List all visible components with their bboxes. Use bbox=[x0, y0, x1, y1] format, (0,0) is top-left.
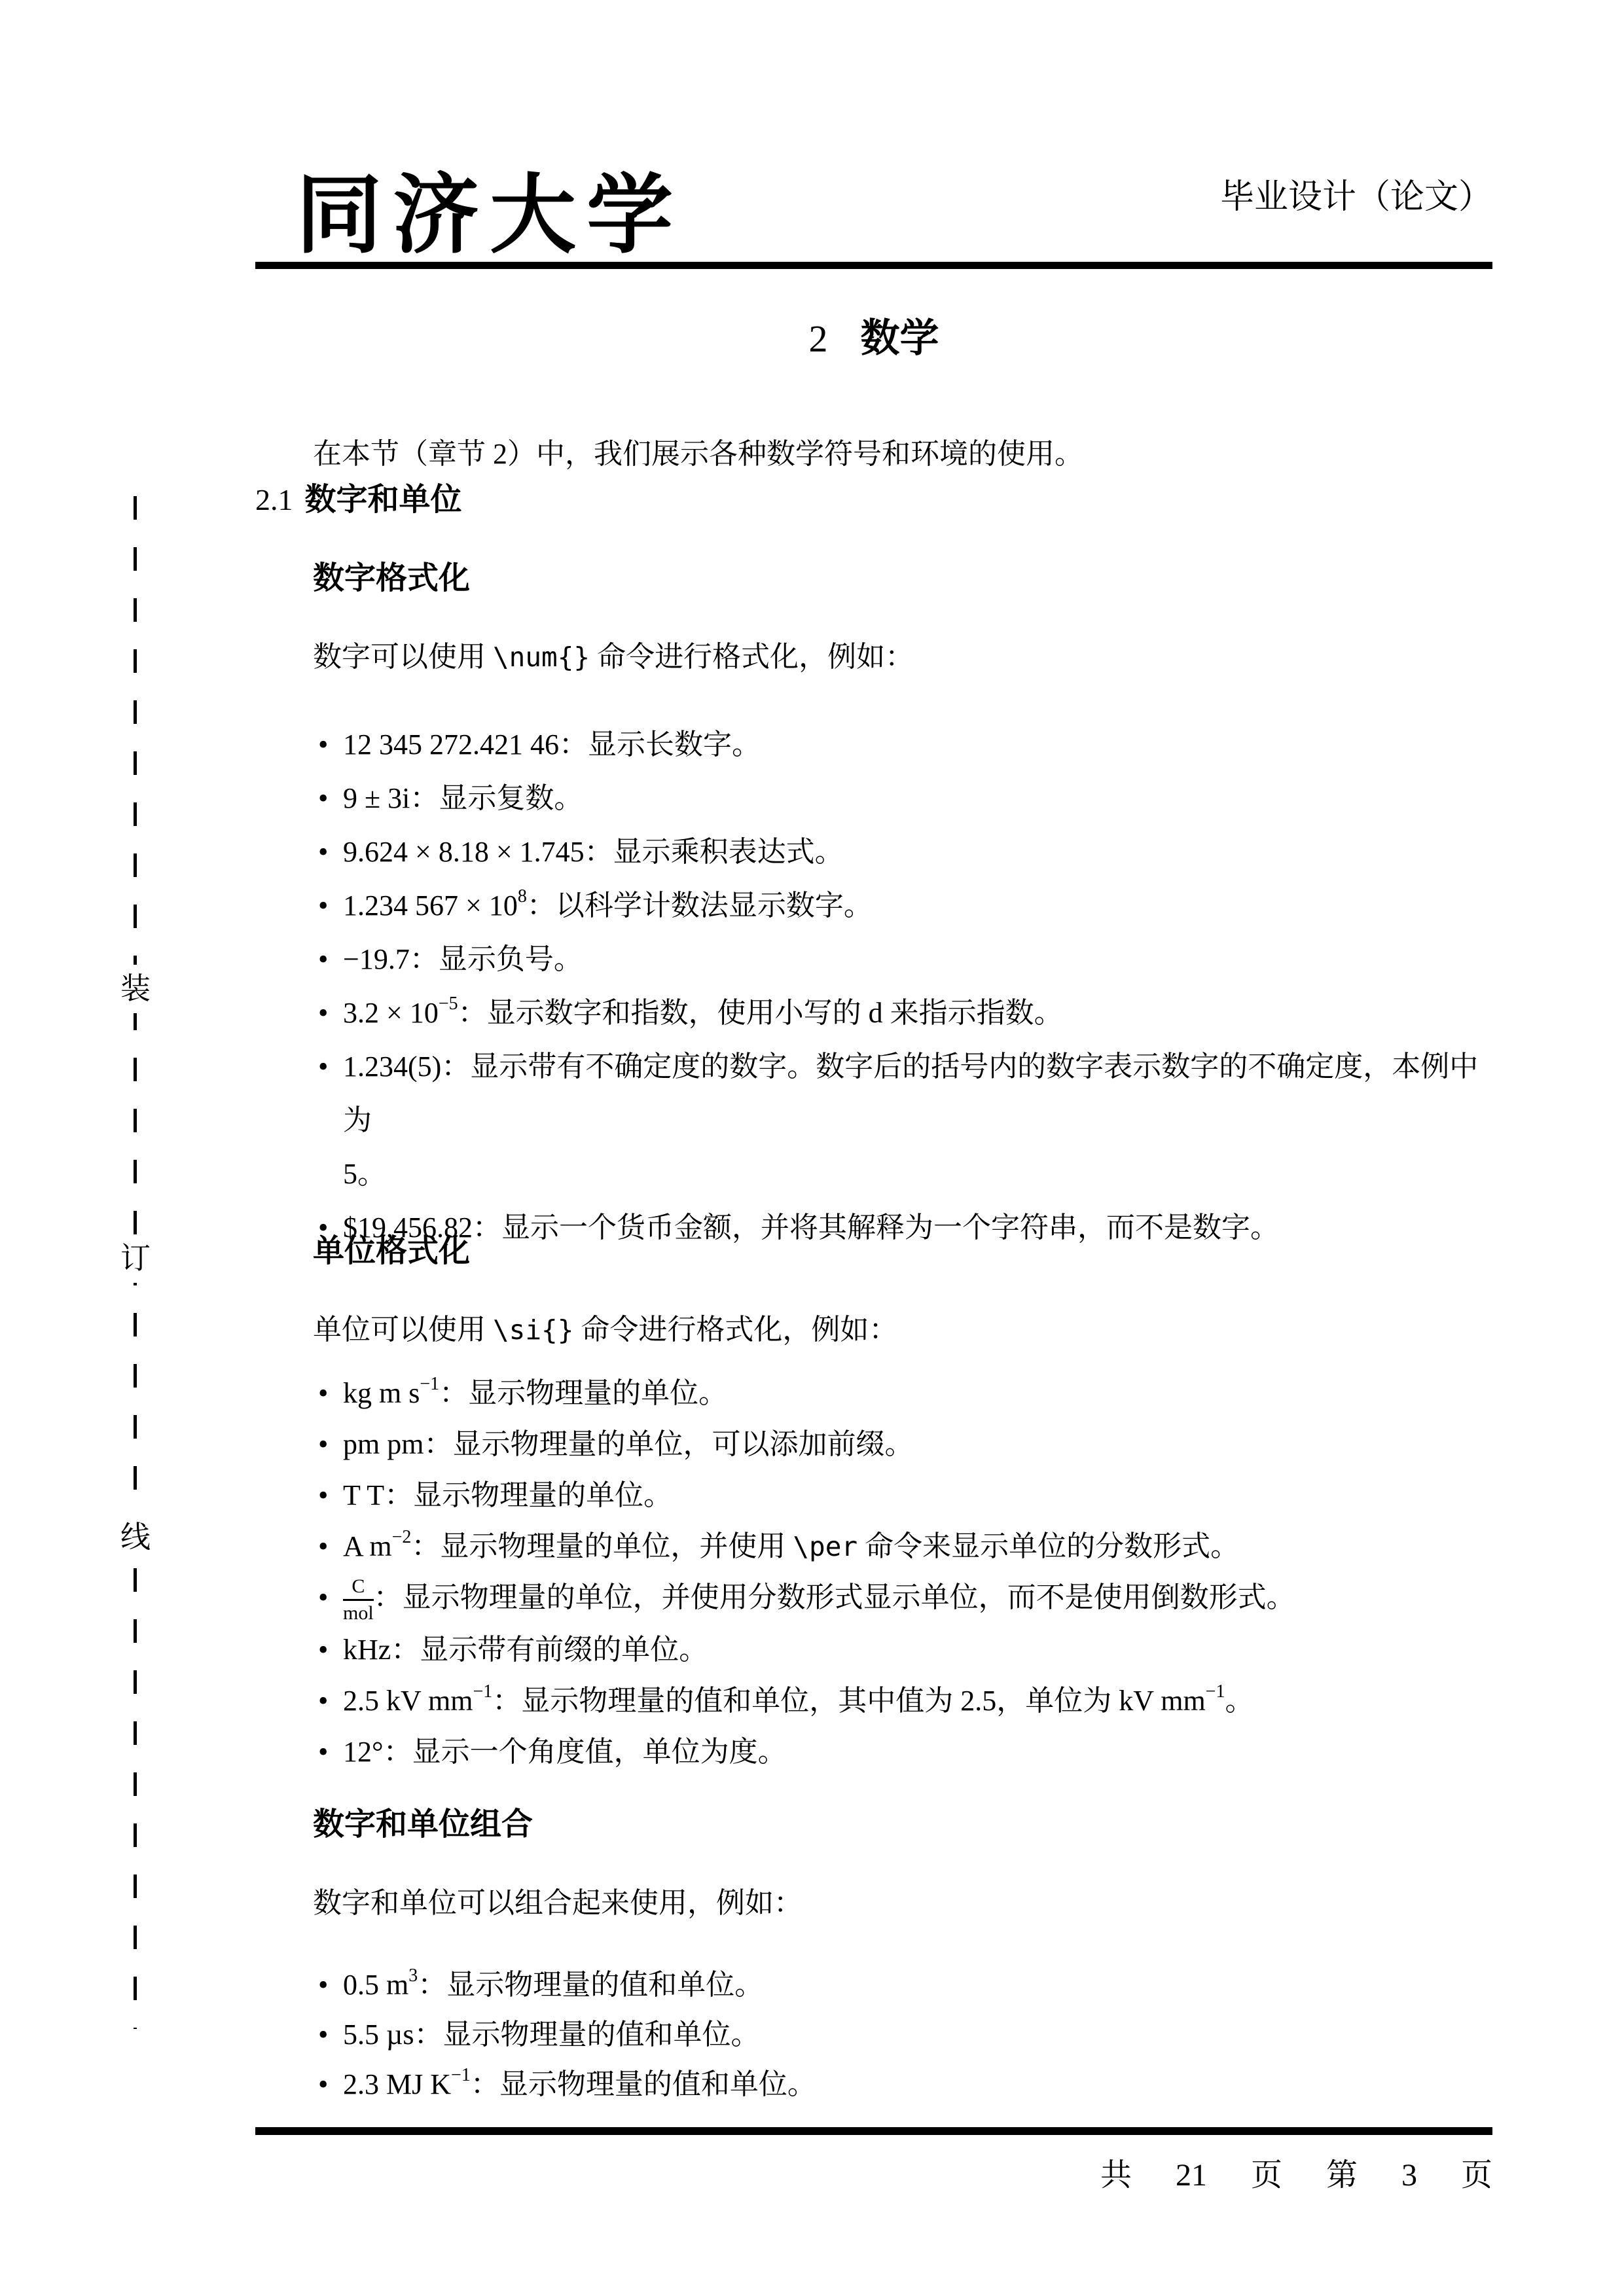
list-item: 2.5 kV mm−1：显示物理量的值和单位，其中值为 2.5，单位为 kV m… bbox=[255, 1676, 1492, 1727]
list-item: 1.234(5)：显示带有不确定度的数字。数字后的括号内的数字表示数字的不确定度… bbox=[255, 1040, 1492, 1201]
superscript: 8 bbox=[518, 886, 527, 906]
superscript: −2 bbox=[392, 1527, 412, 1547]
superscript: −1 bbox=[420, 1374, 439, 1394]
text-segment: 9 ± 3i bbox=[343, 782, 410, 814]
intro-paragraph: 在本节（章节 2）中，我们展示各种数学符号和环境的使用。 bbox=[255, 435, 1492, 474]
list-item: T T：显示物理量的单位。 bbox=[255, 1470, 1492, 1521]
bullet-list: kg m s−1：显示物理量的单位。pm pm：显示物理量的单位，可以添加前缀。… bbox=[255, 1368, 1492, 1778]
text-segment: A m bbox=[343, 1530, 392, 1562]
latex-command: \si{} bbox=[493, 1314, 573, 1346]
footer-ordinal-label: 第 bbox=[1326, 2158, 1358, 2193]
latex-command: \num{} bbox=[493, 641, 590, 673]
subsection-heading: 数字格式化 bbox=[313, 560, 1492, 597]
text-segment: 3.2 × 10 bbox=[343, 997, 439, 1029]
text-segment: −19.7 bbox=[343, 943, 410, 975]
text-segment: 0.5 m bbox=[343, 1969, 408, 2001]
list-item: 2.3 MJ K−1：显示物理量的值和单位。 bbox=[255, 2060, 1492, 2109]
binding-label: 订 bbox=[119, 1234, 152, 1283]
binding-label: 线 bbox=[119, 1513, 152, 1562]
text-segment: 数字和单位可以组合起来使用，例如： bbox=[313, 1887, 803, 1919]
text-segment: 命令进行格式化，例如： bbox=[590, 641, 914, 673]
list-item: pm pm：显示物理量的单位，可以添加前缀。 bbox=[255, 1419, 1492, 1470]
list-item: 1.234 567 × 108：以科学计数法显示数字。 bbox=[255, 879, 1492, 933]
text-segment: ：显示数字和指数，使用小写的 d 来指示指数。 bbox=[458, 997, 1063, 1029]
text-segment: ：显示一个角度值，单位为度。 bbox=[384, 1736, 787, 1768]
text-segment: ：显示负号。 bbox=[410, 943, 583, 975]
lead-paragraph: 数字可以使用 \num{} 命令进行格式化，例如： bbox=[313, 639, 1492, 675]
binding-label: 装 bbox=[119, 965, 152, 1013]
list-item: 12°：显示一个角度值，单位为度。 bbox=[255, 1727, 1492, 1778]
list-item: −19.7：显示负号。 bbox=[255, 933, 1492, 986]
superscript: 3 bbox=[408, 1965, 418, 1986]
text-segment: ：显示复数。 bbox=[410, 782, 583, 814]
subsection-unit-formatting: 单位格式化 单位可以使用 \si{} 命令进行格式化，例如： kg m s−1：… bbox=[255, 1233, 1492, 1778]
footer-rule bbox=[255, 2127, 1492, 2135]
footer-total-pages: 21 bbox=[1176, 2158, 1207, 2193]
subsection-number-unit-combination: 数字和单位组合 数字和单位可以组合起来使用，例如： 0.5 m3：显示物理量的值… bbox=[255, 1806, 1492, 2109]
text-segment: 5。 bbox=[343, 1158, 386, 1190]
list-item: kg m s−1：显示物理量的单位。 bbox=[255, 1368, 1492, 1419]
text-segment: ：显示物理量的单位。 bbox=[439, 1377, 727, 1409]
footer-page-number: 3 bbox=[1401, 2158, 1417, 2193]
bullet-list: 0.5 m3：显示物理量的值和单位。5.5 µs：显示物理量的值和单位。2.3 … bbox=[255, 1960, 1492, 2109]
footer-total-label: 共 bbox=[1100, 2158, 1132, 2193]
chapter-number: 2 bbox=[809, 317, 828, 360]
text-segment: ：显示物理量的单位，并使用分数形式显示单位，而不是使用倒数形式。 bbox=[374, 1581, 1295, 1613]
text-segment: 单位可以使用 bbox=[313, 1314, 493, 1346]
header-doc-type: 毕业设计（论文） bbox=[255, 169, 1492, 218]
text-segment: 5.5 µs bbox=[343, 2018, 414, 2051]
lead-paragraph: 单位可以使用 \si{} 命令进行格式化，例如： bbox=[313, 1312, 1492, 1348]
text-segment: 1.234 567 × 10 bbox=[343, 889, 518, 922]
list-item: 5.5 µs：显示物理量的值和单位。 bbox=[255, 2010, 1492, 2060]
subsection-heading: 数字和单位组合 bbox=[313, 1806, 1492, 1843]
lead-paragraph: 数字和单位可以组合起来使用，例如： bbox=[313, 1885, 1492, 1922]
list-item: kHz：显示带有前缀的单位。 bbox=[255, 1624, 1492, 1676]
text-segment: ：显示物理量的值和单位。 bbox=[471, 2068, 816, 2100]
text-segment: ：显示物理量的值和单位。 bbox=[414, 2018, 759, 2051]
text-segment: ：显示物理量的单位，可以添加前缀。 bbox=[424, 1428, 913, 1460]
text-segment: kg m s bbox=[343, 1377, 420, 1409]
section-heading: 2.1数字和单位 bbox=[255, 482, 462, 518]
fraction-unit: Cmol bbox=[343, 1575, 374, 1624]
text-segment: ：显示带有前缀的单位。 bbox=[391, 1634, 708, 1666]
subsection-heading: 单位格式化 bbox=[313, 1233, 1492, 1270]
text-segment: 2.3 MJ K bbox=[343, 2068, 451, 2100]
text-segment: kHz bbox=[343, 1634, 391, 1666]
text-segment: 。 bbox=[1225, 1685, 1254, 1717]
text-segment: 命令进行格式化，例如： bbox=[573, 1314, 897, 1346]
list-item: 9.624 × 8.18 × 1.745：显示乘积表达式。 bbox=[255, 825, 1492, 879]
list-item: 12 345 272.421 46：显示长数字。 bbox=[255, 718, 1492, 772]
superscript: −1 bbox=[473, 1681, 492, 1702]
text-segment: ：显示长数字。 bbox=[559, 728, 761, 761]
text-segment: ：显示带有不确定度的数字。数字后的括号内的数字表示数字的不确定度，本例中为 bbox=[343, 1050, 1478, 1136]
page-footer: 共 21 页 第 3 页 bbox=[255, 2149, 1492, 2195]
chapter-title: 2数学 bbox=[255, 315, 1492, 362]
list-item: 9 ± 3i：显示复数。 bbox=[255, 772, 1492, 825]
text-segment: 12° bbox=[343, 1736, 384, 1768]
document-page: 同济大学 毕业设计（论文） 装 订 线 2数学 在本节（章节 2）中，我们展示各… bbox=[0, 0, 1624, 2296]
text-segment: 12 345 272.421 46 bbox=[343, 728, 559, 761]
text-segment: ：显示物理量的单位。 bbox=[384, 1479, 672, 1511]
list-item: Cmol：显示物理量的单位，并使用分数形式显示单位，而不是使用倒数形式。 bbox=[255, 1572, 1492, 1624]
superscript: −1 bbox=[451, 2065, 471, 2085]
superscript: −5 bbox=[439, 994, 458, 1014]
footer-page-word: 页 bbox=[1251, 2158, 1282, 2193]
section-number: 2.1 bbox=[255, 483, 293, 516]
text-segment: ：显示乘积表达式。 bbox=[585, 836, 844, 868]
text-segment: 数字可以使用 bbox=[313, 641, 493, 673]
text-segment: ：显示物理量的值和单位，其中值为 2.5，单位为 kV mm bbox=[492, 1685, 1205, 1717]
text-segment: 1.234(5) bbox=[343, 1050, 441, 1083]
list-item: A m−2：显示物理量的单位，并使用 \per 命令来显示单位的分数形式。 bbox=[255, 1521, 1492, 1572]
section-title: 数字和单位 bbox=[305, 482, 462, 517]
text-segment: ：以科学计数法显示数字。 bbox=[527, 889, 873, 922]
subsection-number-formatting: 数字格式化 数字可以使用 \num{} 命令进行格式化，例如： 12 345 2… bbox=[255, 560, 1492, 1255]
text-segment: ：显示物理量的单位，并使用 bbox=[411, 1530, 793, 1562]
superscript: −1 bbox=[1206, 1681, 1225, 1702]
list-item: 0.5 m3：显示物理量的值和单位。 bbox=[255, 1960, 1492, 2010]
text-segment: 命令来显示单位的分数形式。 bbox=[857, 1530, 1239, 1562]
text-segment: ：显示物理量的值和单位。 bbox=[418, 1969, 763, 2001]
bullet-list: 12 345 272.421 46：显示长数字。9 ± 3i：显示复数。9.62… bbox=[255, 718, 1492, 1255]
text-segment: T T bbox=[343, 1479, 384, 1511]
text-segment: 2.5 kV mm bbox=[343, 1685, 473, 1717]
text-segment: 9.624 × 8.18 × 1.745 bbox=[343, 836, 585, 868]
footer-page-word: 页 bbox=[1461, 2158, 1492, 2193]
latex-command: \per bbox=[793, 1531, 857, 1562]
header-rule bbox=[255, 262, 1492, 269]
chapter-name: 数学 bbox=[861, 316, 939, 360]
list-item: 3.2 × 10−5：显示数字和指数，使用小写的 d 来指示指数。 bbox=[255, 986, 1492, 1040]
text-segment: pm pm bbox=[343, 1428, 424, 1460]
